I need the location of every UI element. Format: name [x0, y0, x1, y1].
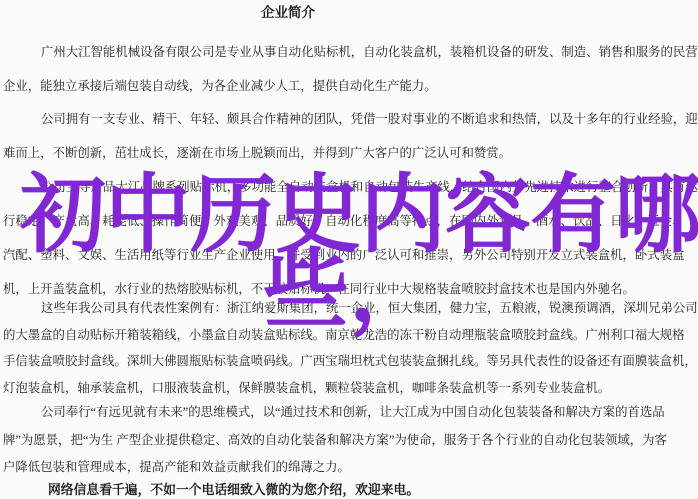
- page-title: 企业简介: [0, 3, 576, 23]
- paragraph-company-intro: 广州大江智能机械设备有限公司是专业从事自动化贴标机，自动化装盒机，装箱机设备的研…: [3, 36, 698, 103]
- paragraph-vision: 公司奉行“有远见就有未来”的思维模式，以“通过技术和创新，让大江成为中国自动化包…: [3, 399, 698, 482]
- paragraph-contact-note: 网络信息看千遍，不如一个电话细致入微的为您介绍，欢迎来电。: [3, 480, 698, 499]
- paragraph-cases: 这些年我公司具有代表性案例有：浙江纳爱斯集团，统一企业，恒大集团，健力宝，五粮液…: [3, 295, 698, 401]
- document-page: 企业简介 广州大江智能机械设备有限公司是专业从事自动化贴标机，自动化装盒机，装箱…: [0, 0, 698, 499]
- paragraph-products: 公司主导产品大江品牌系列贴标机，多功能全自动装盒机和自动包装生产线，结合国内外先…: [3, 170, 698, 306]
- paragraph-team: 公司拥有一支专业、精干、年轻、颇具合作精神的团队，凭借一股对事业的不断追求和热情…: [3, 103, 698, 170]
